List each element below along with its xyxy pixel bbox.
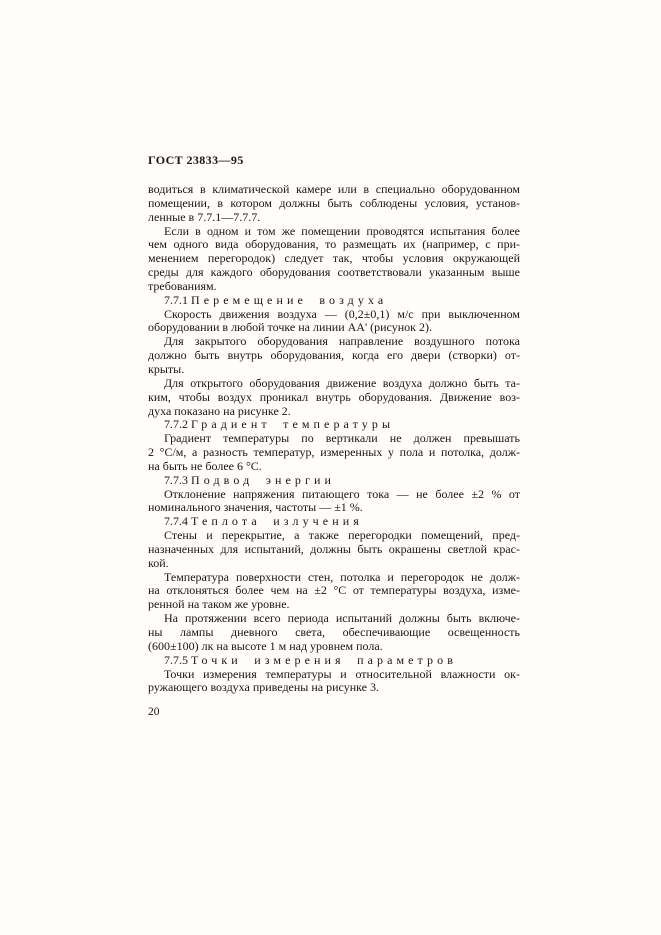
section-heading: 7.7.4 Теплота излучения: [148, 515, 520, 529]
section-heading: 7.7.5 Точки измерения параметров: [148, 654, 520, 668]
text-line: ружающего воздуха приведены на рисунке 3…: [148, 681, 520, 695]
text-line: требованиям.: [148, 280, 520, 294]
text-line: Скорость движения воздуха — (0,2±0,1) м/…: [148, 308, 520, 322]
section-heading: 7.7.3 Подвод энергии: [148, 474, 520, 488]
section-title: Подвод энергии: [191, 473, 335, 487]
document-header: ГОСТ 23833—95: [148, 153, 244, 168]
text-line: чем одного вида оборудования, то размеща…: [148, 238, 520, 252]
text-line: На протяжении всего периода испытаний до…: [148, 612, 520, 626]
section-number: 7.7.2: [164, 417, 191, 431]
text-line: 2 °С/м, а разность температур, измеренны…: [148, 446, 520, 460]
text-line: на отклоняться более чем на ±2 °С от тем…: [148, 584, 520, 598]
section-title: Точки измерения параметров: [191, 653, 457, 667]
text-line: Отклонение напряжения питающего тока — н…: [148, 488, 520, 502]
text-line: крыты.: [148, 363, 520, 377]
text-line: кой.: [148, 557, 520, 571]
section-number: 7.7.4: [164, 514, 191, 528]
section-number: 7.7.1: [164, 293, 191, 307]
text-line: ны лампы дневного света, обеспечивающие …: [148, 626, 520, 640]
section-title: Теплота излучения: [191, 514, 363, 528]
text-line: (600±100) лк на высоте 1 м над уровнем п…: [148, 640, 520, 654]
text-line: менением перегородок) следует так, чтобы…: [148, 252, 520, 266]
section-heading: 7.7.1 Перемещение воздуха: [148, 294, 520, 308]
page-body: водиться в климатической камере или в сп…: [148, 183, 520, 695]
text-line: помещении, в котором должны быть соблюде…: [148, 197, 520, 211]
text-line: Градиент температуры по вертикали не дол…: [148, 432, 520, 446]
section-heading: 7.7.2 Градиент температуры: [148, 418, 520, 432]
section-number: 7.7.5: [164, 653, 191, 667]
text-line: Для открытого оборудования движение возд…: [148, 377, 520, 391]
text-line: Температура поверхности стен, потолка и …: [148, 571, 520, 585]
text-line: Точки измерения температуры и относитель…: [148, 668, 520, 682]
text-line: номинального значения, частоты — ±1 %.: [148, 501, 520, 515]
text-line: ленные в 7.7.1—7.7.7.: [148, 211, 520, 225]
text-line: ким, чтобы воздух проникал внутрь оборуд…: [148, 391, 520, 405]
text-line: назначенных для испытаний, должны быть о…: [148, 543, 520, 557]
text-line: ренной на таком же уровне.: [148, 598, 520, 612]
section-title: Градиент температуры: [191, 417, 394, 431]
text-line: должно быть внутрь оборудования, когда е…: [148, 349, 520, 363]
text-line: на быть не более 6 °С.: [148, 460, 520, 474]
text-line: водиться в климатической камере или в сп…: [148, 183, 520, 197]
section-title: Перемещение воздуха: [191, 293, 387, 307]
text-line: оборудовании в любой точке на линии АА' …: [148, 321, 520, 335]
text-line: Стены и перекрытие, а также перегородки …: [148, 529, 520, 543]
text-line: духа показано на рисунке 2.: [148, 405, 520, 419]
text-line: Если в одном и том же помещении проводят…: [148, 225, 520, 239]
text-line: среды для каждого оборудования соответст…: [148, 266, 520, 280]
page-number: 20: [148, 706, 160, 718]
text-line: Для закрытого оборудования направление в…: [148, 335, 520, 349]
section-number: 7.7.3: [164, 473, 191, 487]
document-page: ГОСТ 23833—95 водиться в климатической к…: [0, 0, 661, 935]
